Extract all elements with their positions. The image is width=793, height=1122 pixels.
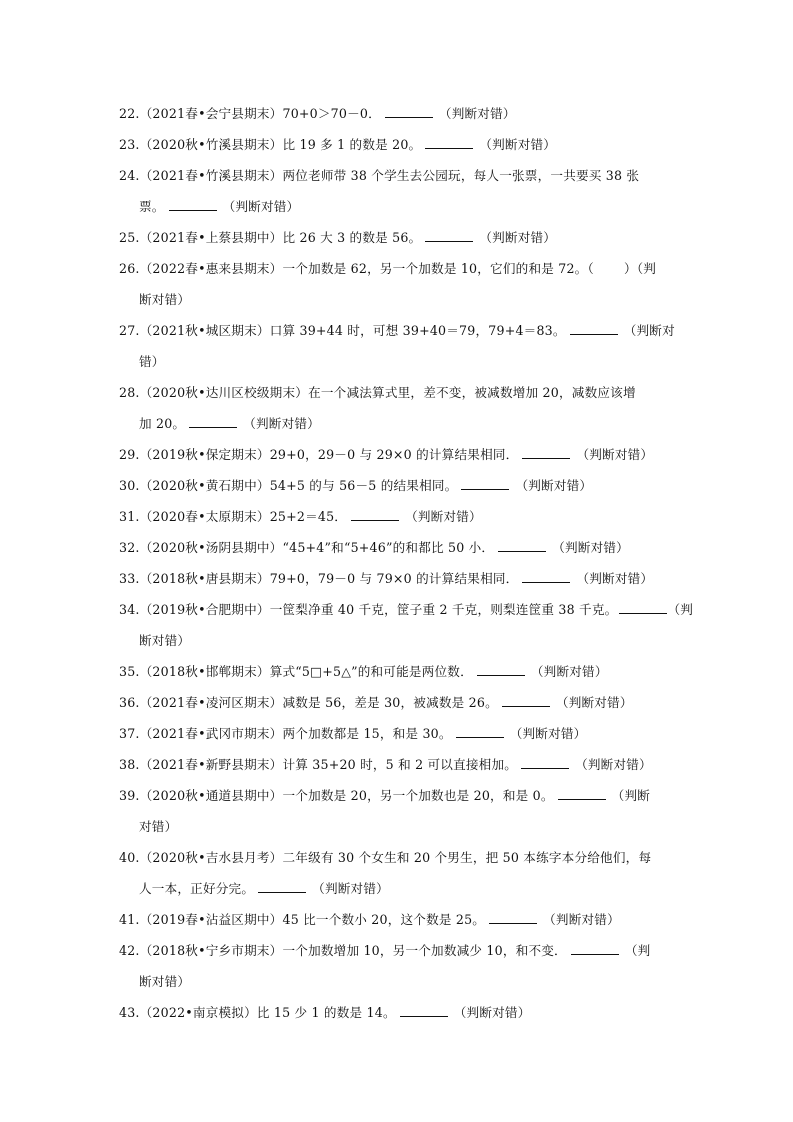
question-source: （2021春•上蔡县期中） bbox=[140, 230, 283, 245]
question-number: 22. bbox=[119, 106, 140, 121]
question-36: 36.（2021春•凌河区期末）减数是 56，差是 30，被减数是 26。（判断… bbox=[119, 687, 675, 718]
question-source: （2021春•竹溪县期末） bbox=[140, 168, 283, 183]
judge-label: （判 bbox=[625, 943, 651, 958]
answer-blank[interactable] bbox=[456, 725, 504, 738]
question-source: （2022春•惠来县期末） bbox=[140, 261, 283, 276]
question-source: （2020秋•竹溪县期末） bbox=[140, 137, 283, 152]
answer-blank[interactable] bbox=[477, 663, 525, 676]
answer-blank[interactable] bbox=[619, 601, 667, 614]
question-source: （2021春•会宁县期末） bbox=[140, 106, 283, 121]
judge-label: （判断对错） bbox=[543, 912, 620, 927]
answer-blank[interactable] bbox=[189, 415, 237, 428]
question-43: 43.（2022•南京模拟）比 15 少 1 的数是 14。（判断对错） bbox=[119, 997, 675, 1028]
question-26: 26.（2022春•惠来县期末）一个加数是 62，另一个加数是 10，它们的和是… bbox=[119, 253, 675, 315]
question-text: 计算 35+20 时，5 和 2 可以直接相加。 bbox=[282, 757, 517, 772]
question-text: 比 15 少 1 的数是 14。 bbox=[257, 1005, 396, 1020]
answer-blank[interactable] bbox=[258, 880, 306, 893]
judge-label: （判 bbox=[667, 602, 693, 617]
question-41: 41.（2019春•沾益区期中）45 比一个数小 20，这个数是 25。（判断对… bbox=[119, 904, 675, 935]
question-source: （2020秋•通道县期中） bbox=[140, 788, 283, 803]
judge-label: （判断对错） bbox=[479, 137, 556, 152]
question-text-cont: 断对错） bbox=[139, 633, 190, 648]
question-text-cont: 断对错） bbox=[139, 974, 190, 989]
question-32: 32.（2020秋•汤阴县期中）“45+4”和“5+46”的和都比 50 小．（… bbox=[119, 532, 675, 563]
judge-label: （判断对错） bbox=[576, 571, 653, 586]
question-text: 减数是 56，差是 30，被减数是 26。 bbox=[282, 695, 497, 710]
answer-blank[interactable] bbox=[522, 446, 570, 459]
answer-blank[interactable] bbox=[169, 198, 217, 211]
question-source: （2021春•凌河区期末） bbox=[140, 695, 283, 710]
judge-label: （判断对错） bbox=[531, 664, 608, 679]
judge-label: （判断对错） bbox=[479, 230, 556, 245]
question-text: 口算 39+44 时，可想 39+40＝79，79+4＝83。 bbox=[270, 323, 566, 338]
answer-blank[interactable] bbox=[558, 787, 606, 800]
judge-label: （判断对错） bbox=[405, 509, 482, 524]
judge-label: （判断对错） bbox=[556, 695, 633, 710]
question-number: 33. bbox=[119, 571, 140, 586]
judge-label: （判断对错） bbox=[439, 106, 516, 121]
question-number: 25. bbox=[119, 230, 140, 245]
judge-label: （判断对错） bbox=[454, 1005, 531, 1020]
question-number: 34. bbox=[119, 602, 140, 617]
question-text: 两个加数都是 15，和是 30。 bbox=[282, 726, 451, 741]
question-text: 79+0，79－0 与 79×0 的计算结果相同． bbox=[270, 571, 519, 586]
question-number: 40. bbox=[119, 850, 140, 865]
answer-blank[interactable] bbox=[400, 1004, 448, 1017]
question-text-cont: 加 20。 bbox=[139, 416, 185, 431]
question-text: 比 26 大 3 的数是 56。 bbox=[282, 230, 421, 245]
judge-label: （判断 bbox=[612, 788, 650, 803]
question-number: 28. bbox=[119, 385, 140, 400]
question-source: （2018秋•唐县期末） bbox=[140, 571, 270, 586]
judge-label: （判断对错） bbox=[510, 726, 587, 741]
answer-blank[interactable] bbox=[521, 756, 569, 769]
question-30: 30.（2020秋•黄石期中）54+5 的与 56－5 的结果相同。（判断对错） bbox=[119, 470, 675, 501]
judge-label: （判断对错） bbox=[223, 199, 300, 214]
question-text: 25+2＝45． bbox=[270, 509, 347, 524]
answer-blank[interactable] bbox=[461, 477, 509, 490]
question-text: “45+4”和“5+46”的和都比 50 小． bbox=[282, 540, 494, 555]
question-source: （2019秋•合肥期中） bbox=[140, 602, 270, 617]
question-text-cont: 断对错） bbox=[139, 292, 190, 307]
question-text: 29+0，29－0 与 29×0 的计算结果相同． bbox=[270, 447, 519, 462]
question-source: （2020秋•达川区校级期末） bbox=[140, 385, 308, 400]
question-number: 23. bbox=[119, 137, 140, 152]
question-number: 26. bbox=[119, 261, 140, 276]
judge-label: （判断对 bbox=[624, 323, 675, 338]
question-source: （2020秋•吉水县月考） bbox=[140, 850, 283, 865]
question-number: 31. bbox=[119, 509, 140, 524]
question-text: 二年级有 30 个女生和 20 个男生，把 50 本练字本分给他们，每 bbox=[282, 850, 651, 865]
answer-blank[interactable] bbox=[425, 229, 473, 242]
question-text: 54+5 的与 56－5 的结果相同。 bbox=[270, 478, 458, 493]
answer-blank[interactable] bbox=[502, 694, 550, 707]
question-35: 35.（2018秋•邯郸期末）算式“5□+5△”的和可能是两位数．（判断对错） bbox=[119, 656, 675, 687]
question-source: （2021春•新野县期末） bbox=[140, 757, 283, 772]
question-24: 24.（2021春•竹溪县期末）两位老师带 38 个学生去公园玩，每人一张票，一… bbox=[119, 160, 675, 222]
question-number: 30. bbox=[119, 478, 140, 493]
question-text: 一筐梨净重 40 千克，筐子重 2 千克，则梨连筐重 38 千克。 bbox=[270, 602, 618, 617]
answer-blank[interactable] bbox=[498, 539, 546, 552]
question-text-end: ）（判 bbox=[624, 261, 656, 276]
judge-label: （判断对错） bbox=[576, 447, 653, 462]
judge-label: （判断对错） bbox=[575, 757, 652, 772]
question-source: （2021秋•城区期末） bbox=[140, 323, 270, 338]
answer-blank[interactable] bbox=[570, 322, 618, 335]
question-source: （2018秋•邯郸期末） bbox=[140, 664, 270, 679]
question-text: 比 19 多 1 的数是 20。 bbox=[282, 137, 421, 152]
judge-label: （判断对错） bbox=[243, 416, 320, 431]
question-22: 22.（2021春•会宁县期末）70+0＞70－0．（判断对错） bbox=[119, 98, 675, 129]
question-37: 37.（2021春•武冈市期末）两个加数都是 15，和是 30。（判断对错） bbox=[119, 718, 675, 749]
question-source: （2020秋•黄石期中） bbox=[140, 478, 270, 493]
question-text-cont: 对错） bbox=[139, 819, 177, 834]
question-number: 27. bbox=[119, 323, 140, 338]
question-38: 38.（2021春•新野县期末）计算 35+20 时，5 和 2 可以直接相加。… bbox=[119, 749, 675, 780]
question-text: 45 比一个数小 20，这个数是 25。 bbox=[282, 912, 485, 927]
question-27: 27.（2021秋•城区期末）口算 39+44 时，可想 39+40＝79，79… bbox=[119, 315, 675, 377]
question-number: 42. bbox=[119, 943, 140, 958]
question-39: 39.（2020秋•通道县期中）一个加数是 20，另一个加数也是 20，和是 0… bbox=[119, 780, 675, 842]
judge-label: （判断对错） bbox=[515, 478, 592, 493]
question-text: 一个加数是 20，另一个加数也是 20，和是 0。 bbox=[282, 788, 553, 803]
question-number: 41. bbox=[119, 912, 140, 927]
question-number: 32. bbox=[119, 540, 140, 555]
question-text: 一个加数增加 10，另一个加数减少 10，和不变． bbox=[282, 943, 566, 958]
question-number: 43. bbox=[119, 1005, 140, 1020]
question-42: 42.（2018秋•宁乡市期末）一个加数增加 10，另一个加数减少 10，和不变… bbox=[119, 935, 675, 997]
judge-label: （判断对错） bbox=[312, 881, 389, 896]
answer-blank[interactable] bbox=[571, 942, 619, 955]
question-source: （2019秋•保定期末） bbox=[140, 447, 270, 462]
question-text-cont: 人一本，正好分完。 bbox=[139, 881, 254, 896]
question-number: 24. bbox=[119, 168, 140, 183]
answer-blank[interactable] bbox=[351, 508, 399, 521]
question-text-cont: 票。 bbox=[139, 199, 165, 214]
question-text-cont: 错） bbox=[139, 354, 165, 369]
question-text: 一个加数是 62，另一个加数是 10，它们的和是 72。（ bbox=[282, 261, 593, 276]
question-source: （2019春•沾益区期中） bbox=[140, 912, 283, 927]
question-25: 25.（2021春•上蔡县期中）比 26 大 3 的数是 56。（判断对错） bbox=[119, 222, 675, 253]
question-text: 两位老师带 38 个学生去公园玩，每人一张票，一共要买 38 张 bbox=[282, 168, 639, 183]
question-source: （2020秋•汤阴县期中） bbox=[140, 540, 283, 555]
document-page: 22.（2021春•会宁县期末）70+0＞70－0．（判断对错） 23.（202… bbox=[0, 0, 793, 1122]
question-number: 37. bbox=[119, 726, 140, 741]
question-number: 38. bbox=[119, 757, 140, 772]
question-40: 40.（2020秋•吉水县月考）二年级有 30 个女生和 20 个男生，把 50… bbox=[119, 842, 675, 904]
answer-blank[interactable] bbox=[425, 136, 473, 149]
question-source: （2020春•太原期末） bbox=[140, 509, 270, 524]
question-23: 23.（2020秋•竹溪县期末）比 19 多 1 的数是 20。（判断对错） bbox=[119, 129, 675, 160]
answer-blank[interactable] bbox=[522, 570, 570, 583]
question-31: 31.（2020春•太原期末）25+2＝45．（判断对错） bbox=[119, 501, 675, 532]
question-33: 33.（2018秋•唐县期末）79+0，79－0 与 79×0 的计算结果相同．… bbox=[119, 563, 675, 594]
question-28: 28.（2020秋•达川区校级期末）在一个减法算式里，差不变，被减数增加 20，… bbox=[119, 377, 675, 439]
answer-blank[interactable] bbox=[385, 105, 433, 118]
question-text: 70+0＞70－0． bbox=[282, 106, 380, 121]
question-text: 算式“5□+5△”的和可能是两位数． bbox=[270, 664, 473, 679]
judge-label: （判断对错） bbox=[552, 540, 629, 555]
question-number: 36. bbox=[119, 695, 140, 710]
question-number: 39. bbox=[119, 788, 140, 803]
question-source: （2022•南京模拟） bbox=[140, 1005, 257, 1020]
question-number: 29. bbox=[119, 447, 140, 462]
answer-blank[interactable] bbox=[489, 911, 537, 924]
question-text: 在一个减法算式里，差不变，被减数增加 20，减数应该增 bbox=[308, 385, 636, 400]
question-number: 35. bbox=[119, 664, 140, 679]
question-source: （2018秋•宁乡市期末） bbox=[140, 943, 283, 958]
question-source: （2021春•武冈市期末） bbox=[140, 726, 283, 741]
question-29: 29.（2019秋•保定期末）29+0，29－0 与 29×0 的计算结果相同．… bbox=[119, 439, 675, 470]
question-34: 34.（2019秋•合肥期中）一筐梨净重 40 千克，筐子重 2 千克，则梨连筐… bbox=[119, 594, 675, 656]
